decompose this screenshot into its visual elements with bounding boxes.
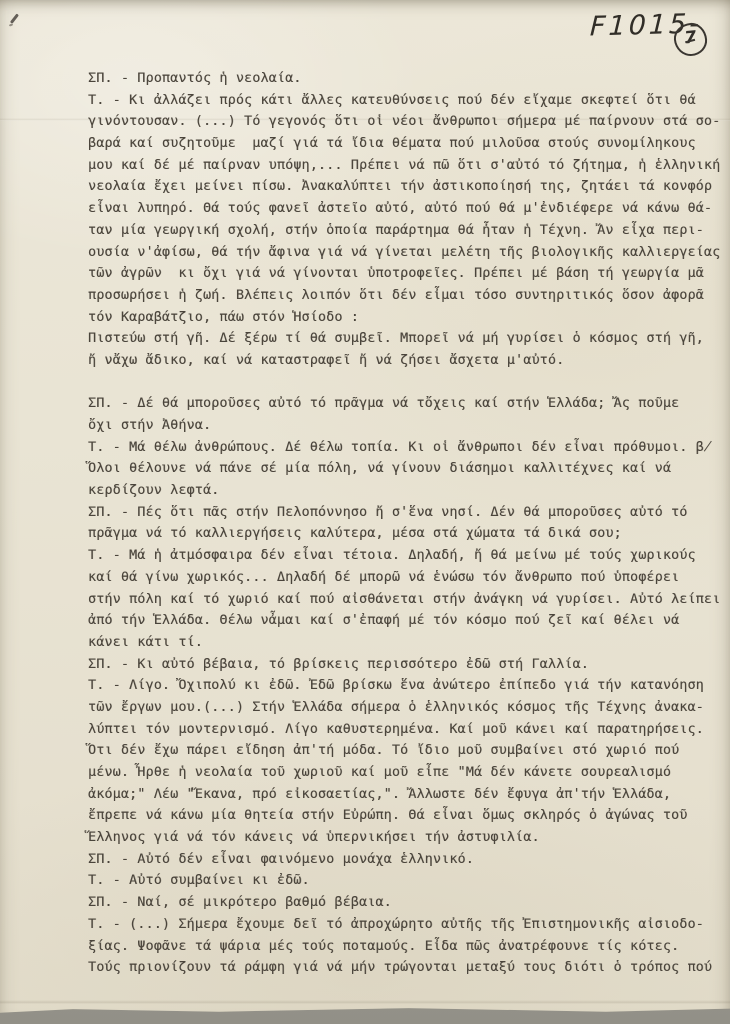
typewritten-line: μένω. Ἦρθε ἡ νεολαία τοῦ χωριοῦ καί μοῦ …: [88, 762, 713, 784]
typewritten-line: προσωρήσει ἡ ζωή. Βλέπεις λοιπόν ὅτι δέν…: [88, 285, 713, 307]
typewritten-line: ΣΠ. - Κι αὐτό βέβαια, τό βρίσκεις περισσ…: [88, 654, 713, 676]
typewritten-line: Τ. - Μά ἡ ἀτμόσφαιρα δέν εἶναι τέτοια. Δ…: [88, 545, 713, 567]
typewritten-line: Ἕλληνος γιά νά τόν κάνεις νά ὑπερνικήσει…: [88, 827, 713, 849]
typewritten-text: ΣΠ. - Προπαντός ἡ νεολαία.Τ. - Κι ἀλλάζε…: [88, 68, 713, 979]
typewritten-line: Τ. - Αὐτό συμβαίνει κι ἐδῶ.: [88, 870, 713, 892]
typewritten-line: ξίας. Ψοφᾶνε τά ψάρια μές τούς ποταμούς.…: [88, 936, 713, 958]
typewritten-line: ἀκόμα;" Λέω "Ἔκανα, πρό εἰκοσαετίας,". Ἄ…: [88, 784, 713, 806]
typewritten-line: καί θά γίνω χωρικός... Δηλαδή δέ μπορῶ ν…: [88, 567, 713, 589]
typewritten-line: κάνει κάτι τί.: [88, 632, 713, 654]
typewritten-line: ἔπρεπε νά κάνω μία θητεία στήν Εὐρώπη. Θ…: [88, 805, 713, 827]
typewritten-line: Τ. - Μά θέλω ἀνθρώπους. Δέ θέλω τοπία. Κ…: [88, 437, 713, 459]
paper-crease: [0, 1000, 730, 1004]
typewritten-line: Τ. - (...) Σήμερα ἔχουμε δεῖ τό ἀπροχώρη…: [88, 914, 713, 936]
typewritten-line: ουσία ν'ἀφίσω, θά τήν ἄφινα γιά νά γίνετ…: [88, 242, 713, 264]
document-page: F1015- 7 ΣΠ. - Προπαντός ἡ νεολαία.Τ. - …: [0, 0, 730, 1024]
typewritten-line: πρᾶγμα νά τό καλλιεργήσεις καλύτερα, μέσ…: [88, 523, 713, 545]
typewritten-line: βαρά καί συζητοῦμε μαζί γιά τά ἴδια θέμα…: [88, 133, 713, 155]
typewritten-line: Ὅτι δέν ἔχω πάρει εἴδηση ἀπ'τή μόδα. Τό …: [88, 740, 713, 762]
typewritten-line: Τούς πριονίζουν τά ράμφη γιά νά μήν τρώγ…: [88, 957, 713, 979]
typewritten-line: ὄχι στήν Ἀθήνα.: [88, 415, 713, 437]
typewritten-line: ἀπό τήν Ἑλλάδα. Θέλω νἆμαι καί σ'ἐπαφή μ…: [88, 610, 713, 632]
typewritten-line: Τ. - Κι ἀλλάζει πρός κάτι ἄλλες κατευθύν…: [88, 90, 713, 112]
typewritten-line: μου καί δέ μέ παίρναν υπόψη,... Πρέπει ν…: [88, 155, 713, 177]
typewritten-line: Τ. - Λίγο. Ὄχιπολύ κι ἐδῶ. Ἐδῶ βρίσκω ἕν…: [88, 675, 713, 697]
typewritten-line: τῶν ἔργων μου.(...) Στήν Ἑλλάδα σήμερα ὁ…: [88, 697, 713, 719]
typewritten-line: γινόντουσαν. (...) Τό γεγονός ὅτι οἱ νέο…: [88, 111, 713, 133]
typewritten-line: τόν Καραβάτζιο, πάω στόν Ἡσίοδο :: [88, 307, 713, 329]
typewritten-line: στήν πόλη καί τό χωριό καί πού αἰσθάνετα…: [88, 589, 713, 611]
typewritten-line: Πιστεύω στή γῆ. Δέ ξέρω τί θά συμβεῖ. Μπ…: [88, 328, 713, 350]
typewritten-line: νεολαία ἔχει μείνει πίσω. Ἀνακαλύπτει τή…: [88, 176, 713, 198]
typewritten-line: Ὅλοι θέλουνε νά πάνε σέ μία πόλη, νά γίν…: [88, 458, 713, 480]
typewritten-line: ταν μία γεωργική σχολή, στήν ὁποία παράρ…: [88, 220, 713, 242]
typewritten-line: ἤ νἄχω ἄδικο, καί νά καταστραφεῖ ἤ νά ζή…: [88, 350, 713, 372]
typewritten-line: ΣΠ. - Ναί, σέ μικρότερο βαθμό βέβαια.: [88, 892, 713, 914]
typewritten-line: ΣΠ. - Αὐτό δέν εἶναι φαινόμενο μονάχα ἑλ…: [88, 849, 713, 871]
typewritten-line: τῶν ἀγρῶν κι ὄχι γιά νά γίνονται ὑποτροφ…: [88, 263, 713, 285]
typewritten-line: λύπτει τόν μοντερνισμό. Λίγο καθυστερημέ…: [88, 719, 713, 741]
typewritten-line: κερδίζουν λεφτά.: [88, 480, 713, 502]
page-number-badge: 7: [673, 22, 709, 58]
scanned-document-screenshot: { "document": { "kind": "typewritten int…: [0, 0, 730, 1024]
typewritten-line: ΣΠ. - Προπαντός ἡ νεολαία.: [88, 68, 713, 90]
typewritten-line: εἶναι λυπηρό. Θά τούς φανεῖ ἀστεῖο αὐτό,…: [88, 198, 713, 220]
corner-pen-mark: [10, 13, 19, 23]
typewritten-line: ΣΠ. - Πές ὅτι πᾶς στήν Πελοπόννησο ἤ σ'ἕ…: [88, 502, 713, 524]
page-number: 7: [684, 30, 697, 48]
typewritten-line: ΣΠ. - Δέ θά μποροῦσες αὐτό τό πρᾶγμα νά …: [88, 393, 713, 415]
typewritten-line: [88, 372, 713, 394]
corner-speck: [9, 23, 13, 26]
